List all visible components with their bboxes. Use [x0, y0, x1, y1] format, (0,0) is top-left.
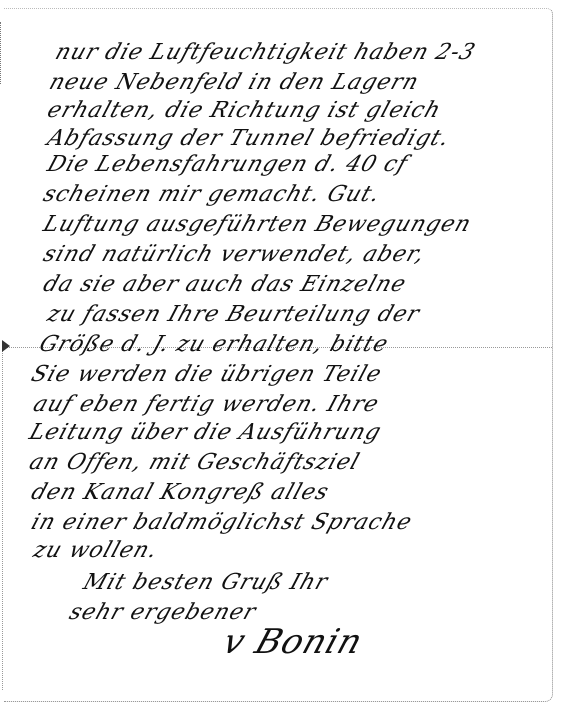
page-edge-left [2, 350, 4, 690]
handwritten-line: Größe d. J. zu erhalten, bitte [36, 332, 392, 357]
handwritten-line: da sie aber auch das Einzelne [40, 272, 410, 297]
handwritten-line: Luftung ausgeführten Bewegungen [40, 212, 475, 237]
handwritten-line: Leitung über die Ausführung [26, 420, 385, 445]
handwritten-line: zu fassen Ihre Beurteilung der [44, 302, 423, 327]
handwritten-line: scheinen mir gemacht. Gut. [40, 182, 384, 207]
handwritten-line: Die Lebensfahrungen d. 40 cf [44, 152, 411, 177]
signature: v Bonin [218, 622, 368, 662]
handwritten-line: Abfassung der Tunnel befriedigt. [44, 126, 453, 151]
handwritten-line: auf eben fertig werden. Ihre [30, 392, 382, 417]
fold-corner-mark [2, 340, 10, 352]
handwritten-line: erhalten, die Richtung ist gleich [44, 98, 444, 123]
handwritten-line: den Kanal Kongreß alles [28, 480, 332, 505]
handwritten-line: in einer baldmöglichst Sprache [28, 510, 416, 535]
handwritten-line: nur die Luftfeuchtigkeit haben 2-3 [52, 40, 479, 65]
handwritten-line: neue Nebenfeld in den Lagern [46, 70, 422, 95]
handwritten-line: Mit besten Gruß Ihr [80, 570, 331, 595]
page-edge-mark [0, 22, 3, 84]
handwritten-line: Sie werden die übrigen Teile [28, 362, 385, 387]
handwritten-line: sind natürlich verwendet, aber, [40, 242, 428, 267]
handwritten-line: an Offen, mit Geschäftsziel [26, 450, 363, 475]
handwritten-line: zu wollen. [30, 538, 161, 563]
